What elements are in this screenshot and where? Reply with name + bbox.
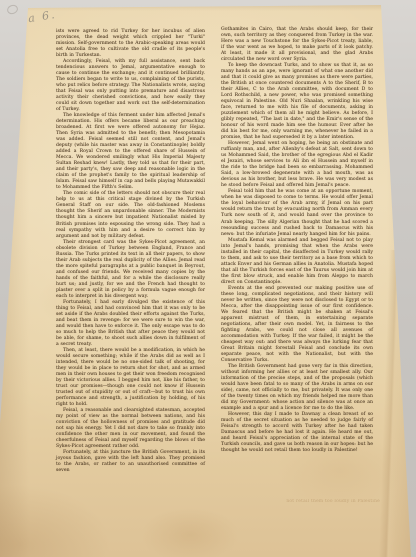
- offset-ghost-text: not retail them too loudly in Palestine: [276, 499, 380, 504]
- text-paragraph: The knowledge of this ferment under him …: [56, 113, 205, 191]
- text-paragraph: Feisal, a reasonable and clearsighted st…: [56, 408, 205, 450]
- text-paragraph: Events at the end prevented our making p…: [221, 286, 373, 364]
- text-paragraph: Feisal told him that he was come at an o…: [221, 189, 373, 237]
- text-paragraph: Accordingly, Feisal, with my full assist…: [56, 59, 205, 113]
- page-edge-crease: [379, 250, 406, 557]
- text-paragraph: Their strongest card was the Sykes-Picot…: [56, 240, 205, 300]
- text-paragraph: Then, at least, there would be a modific…: [56, 348, 205, 408]
- text-column-left: ists were agreed to rid Turkey for her i…: [56, 29, 205, 474]
- pencil-smudge-mark: [6, 3, 19, 15]
- text-paragraph: Fortunately, at this juncture the Britis…: [56, 450, 205, 474]
- text-paragraph: Mustafa Kemal was alarmed and begged Fei…: [221, 238, 373, 286]
- text-paragraph: ists were agreed to rid Turkey for her i…: [56, 29, 205, 59]
- text-paragraph: The comic side of the letters should not…: [56, 191, 205, 239]
- book-page: ists were agreed to rid Turkey for her i…: [0, 0, 416, 557]
- text-paragraph: Gothamites in Cairo, that the Arabs shou…: [221, 27, 373, 63]
- text-paragraph: To keep the downcast Turks, and to show …: [221, 63, 373, 141]
- text-column-right: Gothamites in Cairo, that the Arabs shou…: [221, 27, 373, 454]
- text-paragraph: However, Jemal went on hoping, he being …: [221, 141, 373, 189]
- photo-backdrop: ists were agreed to rid Turkey for her i…: [0, 0, 416, 557]
- text-paragraph: The British Government had gone very far…: [221, 364, 373, 412]
- text-paragraph: Fortunately, I had early divulged the ex…: [56, 300, 205, 348]
- text-paragraph: However, this day I made to Dawnay a cle…: [221, 412, 373, 454]
- paper-speck: [409, 483, 412, 486]
